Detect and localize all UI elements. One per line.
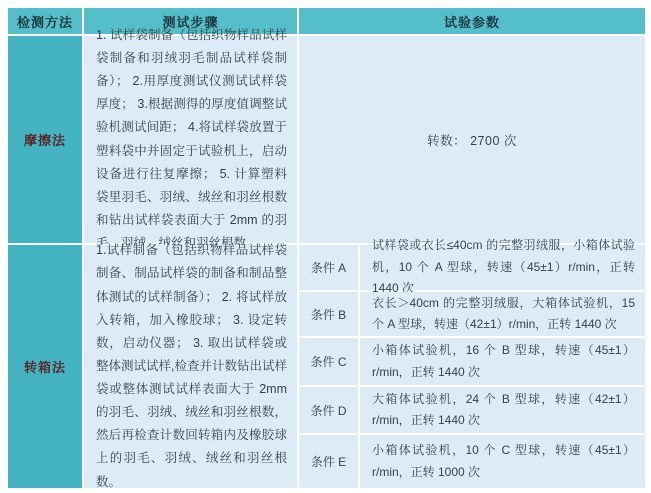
method-cell-rotating-box: 转箱法: [8, 245, 82, 488]
parameter-cell-friction: 转数： 2700 次: [299, 36, 645, 243]
condition-label-c: 条件 C: [299, 338, 358, 385]
condition-desc-d-text: 大箱体试验机，24 个 B 型球，转速（42±1）r/min，正转 1440 次: [372, 389, 635, 432]
condition-desc-a-text: 试样袋或衣长≤40cm 的完整羽绒服，小箱体试验机，10 个 A 型球，转速（4…: [372, 235, 635, 299]
method-cell-friction: 摩擦法: [8, 36, 82, 243]
steps-text-friction: 1. 试样袋制备（包括织物样品试样袋制备和羽绒羽毛制品试样袋制备）； 2.用厚度…: [96, 24, 287, 255]
condition-desc-e: 小箱体试验机，10 个 C 型球，转速（45±1）r/min，正转 1000 次: [360, 435, 645, 488]
condition-label-a: 条件 A: [299, 245, 358, 290]
condition-label-b: 条件 B: [299, 292, 358, 336]
steps-text-rotating-box: 1.试样制备（包括织物样品试样袋制备、制品试样袋的制备和制品整体测试的试样制备）…: [96, 239, 287, 493]
condition-desc-c: 小箱体试验机，16 个 B 型球，转速（45±1）r/min，正转 1440 次: [360, 338, 645, 385]
condition-desc-b-text: 衣长＞40cm 的完整羽绒服，大箱体试验机，15 个 A 型球，转速（42±1）…: [372, 293, 635, 336]
condition-label-e: 条件 E: [299, 435, 358, 488]
condition-desc-e-text: 小箱体试验机，10 个 C 型球，转速（45±1）r/min，正转 1000 次: [372, 440, 635, 483]
steps-cell-friction: 1. 试样袋制备（包括织物样品试样袋制备和羽绒羽毛制品试样袋制备）； 2.用厚度…: [84, 36, 297, 243]
condition-desc-c-text: 小箱体试验机，16 个 B 型球，转速（45±1）r/min，正转 1440 次: [372, 340, 635, 383]
document-page: 检测方法 测试步骤 试验参数 摩擦法 1. 试样袋制备（包括织物样品试样袋制备和…: [0, 0, 651, 493]
column-header-detection-method: 检测方法: [8, 8, 82, 34]
condition-desc-d: 大箱体试验机，24 个 B 型球，转速（42±1）r/min，正转 1440 次: [360, 387, 645, 433]
steps-cell-rotating-box: 1.试样制备（包括织物样品试样袋制备、制品试样袋的制备和制品整体测试的试样制备）…: [84, 245, 297, 488]
column-header-test-parameters: 试验参数: [299, 8, 645, 34]
detection-methods-table: 检测方法 测试步骤 试验参数 摩擦法 1. 试样袋制备（包括织物样品试样袋制备和…: [8, 8, 645, 488]
condition-desc-a: 试样袋或衣长≤40cm 的完整羽绒服，小箱体试验机，10 个 A 型球，转速（4…: [360, 245, 645, 290]
condition-label-d: 条件 D: [299, 387, 358, 433]
condition-desc-b: 衣长＞40cm 的完整羽绒服，大箱体试验机，15 个 A 型球，转速（42±1）…: [360, 292, 645, 336]
